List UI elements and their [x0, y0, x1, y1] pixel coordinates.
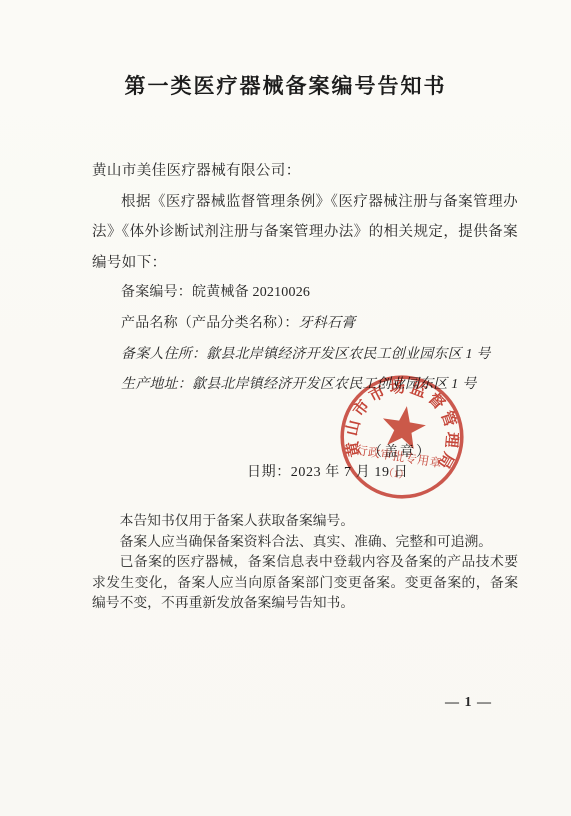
field-product-name-label: 产品名称（产品分类名称）： — [121, 316, 299, 331]
page-title: 第一类医疗器械备案编号告知书 — [0, 70, 571, 100]
field-filing-number: 备案编号：皖黄械备 20210026 — [92, 278, 518, 309]
field-registrant-address-label: 备案人住所： — [121, 347, 206, 362]
page-number: — 1 — — [445, 695, 492, 711]
seal-index-text: （1） — [382, 466, 410, 482]
note-2: 备案人应当确保备案资料合法、真实、准确、完整和可追溯。 — [92, 532, 518, 553]
field-production-address-label: 生产地址： — [121, 377, 192, 392]
recipient-line: 黄山市美佳医疗器械有限公司： — [92, 156, 518, 187]
field-filing-number-label: 备案编号： — [121, 285, 192, 300]
official-seal: 黄山市市场监督管理局 行政审批专用章 （1） — [324, 359, 480, 515]
document-page: 第一类医疗器械备案编号告知书 黄山市美佳医疗器械有限公司： 根据《医疗器械监督管… — [0, 0, 571, 816]
footer-notes: 本告知书仅用于备案人获取备案编号。 备案人应当确保备案资料合法、真实、准确、完整… — [92, 511, 518, 614]
seal-inner-text: 行政审批专用章 — [355, 442, 443, 470]
note-3: 已备案的医疗器械，备案信息表中登载内容及备案的产品技术要求发生变化，备案人应当向… — [92, 552, 518, 614]
intro-paragraph: 根据《医疗器械监督管理条例》《医疗器械注册与备案管理办法》《体外诊断试剂注册与备… — [92, 187, 518, 279]
seal-star-icon — [379, 403, 428, 451]
field-product-name-value: 牙科石膏 — [299, 316, 356, 331]
field-filing-number-value: 皖黄械备 20210026 — [192, 285, 310, 300]
field-product-name: 产品名称（产品分类名称）：牙科石膏 — [92, 309, 518, 340]
